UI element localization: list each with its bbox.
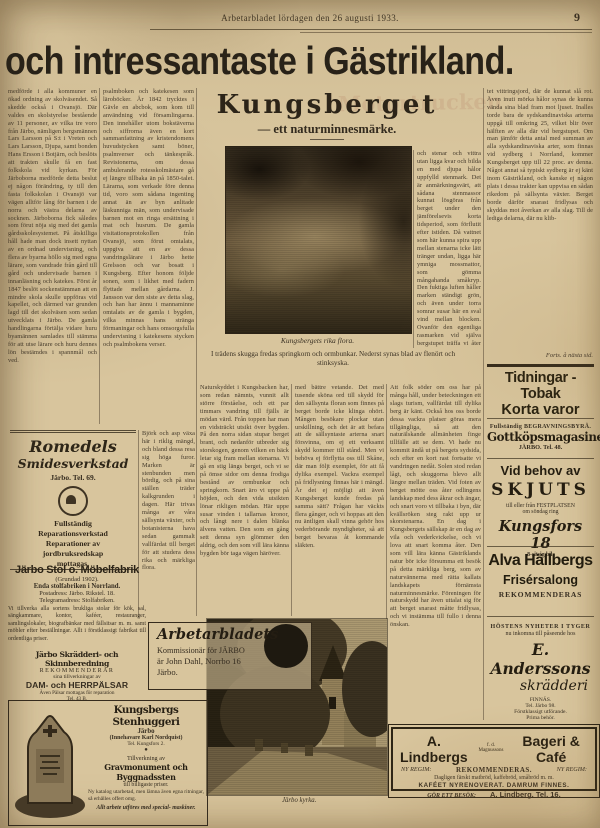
smithy-logo-icon [58,486,88,516]
skjuts-line: Vid behov av [487,463,594,478]
lindberg-visit: GÖR ETT BESÖK: [427,793,476,799]
tobak-line: Tidningar - Tobak [487,370,594,402]
ad-rule [487,364,594,367]
masthead-rule [150,29,592,30]
hallberg-title: Alva Hällbergs [487,552,594,570]
main-headline: och intressantaste i Gästrikland. [5,40,597,84]
flora-caption-title: Kungsbergets rika flora. [225,336,410,345]
body-column-strip: Björk och asp växa här i riklig mängd, o… [142,430,195,618]
ad-hallberg: Alva Hällbergs Frisérsalong REKOMMENDERA… [487,552,594,599]
andersson-title-2: skrädderi [487,678,594,694]
romedels-line: Reparationer av [10,539,136,549]
ad-andersson: HÖSTENS NYHETER I TYGER nu inkomna till … [487,624,594,721]
page-number: 9 [540,10,580,25]
lindberg-name-2: Bageri & Café [507,733,595,765]
hallberg-line: REKOMMENDERAS [487,590,594,599]
halftone-grain [226,147,411,333]
gottkops-title: Gottköpsmagasinet [487,430,594,444]
ad-rule [487,458,594,459]
newspaper-page: Arbetarbladet lördagen den 26 augusti 19… [0,0,600,828]
column-rule [483,88,484,720]
column-rule [413,150,414,348]
body-column-mid-a: Naturskyddet i Kungsbacken har, som reda… [200,384,289,616]
continuation-note: Forts. å nästa sid. [510,352,593,359]
body-column-right: Att folk söder om oss har på många håll,… [390,384,481,718]
romedels-trade: Smidesverkstad [10,456,136,471]
hallberg-line: Frisérsalong [487,573,594,587]
mobelfabrik-line: Enda stolfabriken i Norrland. [8,583,146,590]
lindberg-regime-row: NY REGIM: REKOMMENDERAS. NY REGIM: [393,765,595,774]
mobelfabrik-line: Postadress: Järbo. Rikstel. 18. [8,590,146,597]
gravestone-image [13,707,87,819]
andersson-line: Prima behör. [487,715,594,721]
kommissionar-line: Järbo. [149,666,311,677]
romedels-line: Fullständig [10,519,136,529]
skjuts-line: om söndag ring [487,509,594,515]
flora-caption-detail: I trädens skugga fredas springkorn och o… [197,350,469,368]
lindberg-name-row: A. Lindbergs f. d. Magnussons Bageri & C… [393,733,595,765]
body-column-mid-b: med bättre vetande. Det med tusende skön… [295,384,384,616]
church-caption: Järbo kyrka. [282,797,402,804]
mobelfabrik-title: Järbo Stol o. Möbelfabrik [8,564,146,576]
andersson-line: nu inkomna till påseende hos [487,631,594,637]
kommissionar-title: Arbetarbladets [149,623,311,643]
skradderi-title: Järbo Skrädderi- och Skinnberedning [8,650,146,668]
ad-kommissionar: Arbetarbladets Kommissionär för JÄRBO är… [148,622,312,690]
lindberg-name: A. Lindbergs [393,733,475,765]
andersson-title: E. Anderssons [487,640,594,678]
mobelfabrik-body: Vi tillverka alla sortens brukliga stola… [8,606,146,643]
skjuts-title: SKJUTS [487,480,594,500]
stenhuggeri-place: Järbo [88,728,204,735]
lindberg-line: KAFÉET NYRENOVERAT. DAMRUM FINNES. [393,782,595,789]
romedels-address: Järbo. Tel. 69. [10,473,136,482]
ad-rule [487,616,594,617]
skradderi-line: DAM- och HERRPÄLSAR [8,680,146,690]
lindberg-recommended: REKOMMENDERAS. [456,766,532,774]
kommissionar-line: är John Dahl, Norrbo 16 [149,655,311,666]
romedels-name: Romedels [10,437,136,456]
ad-rule [487,418,594,419]
article-title: Kungsberget [198,90,456,120]
ad-gottkops: Fullständig BEGRAVNINGSBYRÅ. Gottköpsmag… [487,424,594,451]
flora-photo [225,146,412,334]
ad-tobak: Tidningar - Tobak Korta varor [487,370,594,418]
lindberg-regime-left: NY REGIM: [401,766,431,774]
kommissionar-line: Kommissionär för JÄRBO [149,643,311,655]
romedels-line: Reparationsverkstad [10,529,136,539]
lindberg-formerly: f. d. Magnussons [475,743,507,754]
tobak-line: Korta varor [487,402,594,418]
masthead-rule-2 [300,32,592,33]
mobelfabrik-founded: (Grundad 1902). [8,576,146,583]
mobelfabrik-line: Telegramadress: Stolfabriken. [8,597,146,604]
masthead: Arbetarbladet lördagen den 26 augusti 19… [160,13,460,23]
body-column-far-right: tet vittringsjord, där de kunnat slå rot… [487,88,593,350]
lindberg-regime-right: NY REGIM: [557,766,587,774]
stenhuggeri-footer: Allt arbete utföres med special- maskine… [88,805,204,811]
stenhuggeri-body: Ny katalog utarbetad, men lämna även egn… [88,789,204,803]
ad-skjuts: Vid behov av SKJUTS till eller från FEST… [487,463,594,558]
ad-romedels: Romedels Smidesverkstad Järbo. Tel. 69. … [10,430,136,570]
bullet-dot-icon: ● [88,747,204,754]
ad-lindberg: A. Lindbergs f. d. Magnussons Bageri & C… [388,724,600,798]
stenhuggeri-line: Tillverkning av [88,755,204,762]
romedels-line: jordbruksredskap [10,549,136,559]
ad-stenhuggeri: Kungsbergs Stenhuggeri Järbo (Innehavare… [8,700,208,826]
gottkops-line: JÄRBO. Tel. 48. [487,444,594,451]
stenhuggeri-title: Kungsbergs Stenhuggeri [88,704,204,728]
title-divider [310,139,344,140]
body-column-beside-photo: och stenar och vittra utan ligga kvar oc… [417,150,481,348]
column-rule [291,384,292,616]
lindberg-inner-frame: A. Lindbergs f. d. Magnussons Bageri & C… [391,727,597,791]
article-subtitle: — ett naturminnesmärke. [198,122,456,137]
body-column-left-b: psalmboken och katekesen som läroböcker.… [103,88,194,424]
stenhuggeri-text: Kungsbergs Stenhuggeri Järbo (Innehavare… [87,701,207,825]
andersson-line: HÖSTENS NYHETER I TYGER [487,624,594,630]
ad-mobelfabrik: Järbo Stol o. Möbelfabrik (Grundad 1902)… [8,564,146,643]
column-rule [99,88,100,424]
body-column-left-a: medförde i alla kommuner en ökad ordning… [8,88,97,424]
stenhuggeri-line: till billigaste priser. [88,782,204,788]
lindberg-line: Dagligen färskt matbröd, kaffebröd, småb… [393,775,595,781]
ad-skradderi: Järbo Skrädderi- och Skinnberedning REKO… [8,650,146,702]
stenhuggeri-products: Gravmonument och Byggnadssten [88,762,204,782]
lindberg-signature: A. Lindberg. Tel. 16. [490,790,561,799]
ad-rule [487,546,594,547]
lindberg-footer-row: GÖR ETT BESÖK: A. Lindberg. Tel. 16. [393,790,595,799]
